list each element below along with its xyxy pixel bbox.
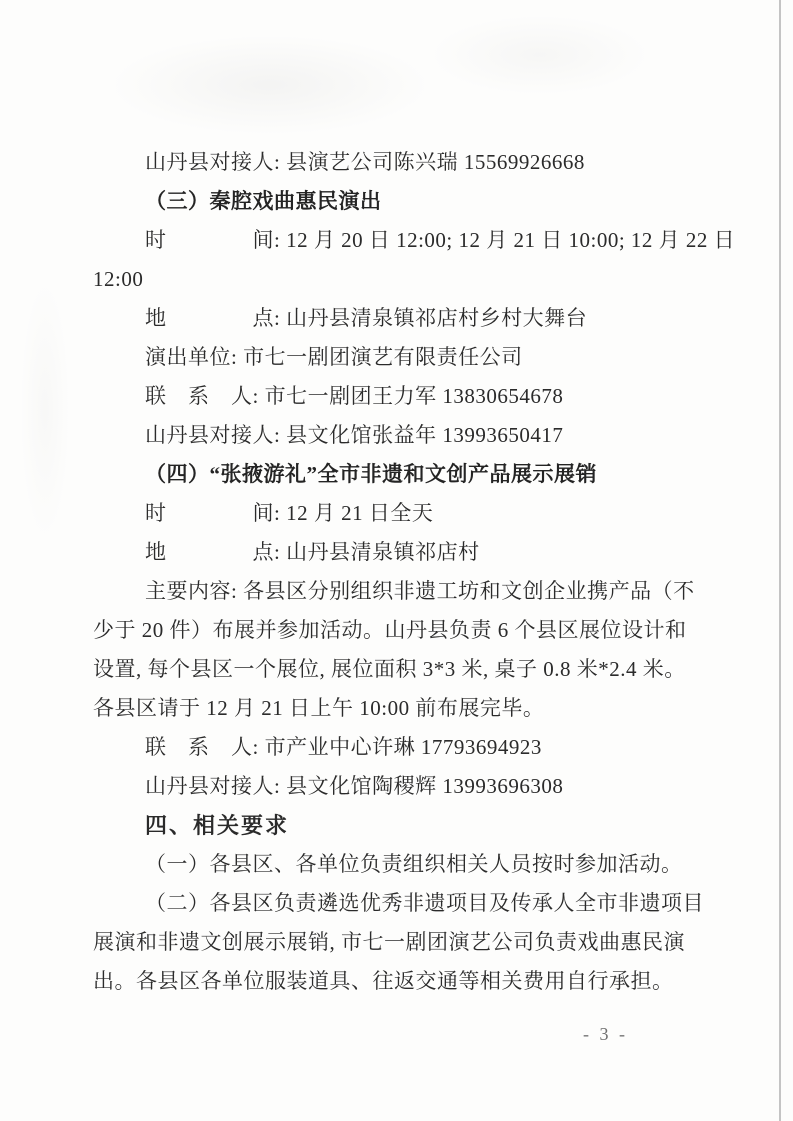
page-number: - 3 - — [583, 1022, 628, 1046]
contact-line-2: 联 系 人: 市产业中心许琳 17793694923 — [93, 728, 718, 767]
document-body: 山丹县对接人: 县演艺公司陈兴瑞 15569926668 （三）秦腔戏曲惠民演出… — [93, 143, 718, 1001]
shandan-contact-line-2: 山丹县对接人: 县文化馆张益年 13993650417 — [93, 416, 718, 455]
scan-smudge — [430, 15, 650, 95]
section-3-title: （三）秦腔戏曲惠民演出 — [93, 182, 718, 221]
shandan-contact-line-3: 山丹县对接人: 县文化馆陶稷辉 13993696308 — [93, 767, 718, 806]
time-line-1: 时 间: 12 月 20 日 12:00; 12 月 21 日 10:00; 1… — [93, 221, 718, 260]
main-content-line-4: 各县区请于 12 月 21 日上午 10:00 前布展完毕。 — [93, 689, 718, 728]
requirements-heading: 四、相关要求 — [93, 806, 718, 845]
document-page: 山丹县对接人: 县演艺公司陈兴瑞 15569926668 （三）秦腔戏曲惠民演出… — [0, 0, 793, 1121]
performer-unit-line: 演出单位: 市七一剧团演艺有限责任公司 — [93, 338, 718, 377]
scan-smudge — [110, 35, 430, 135]
location-line-2: 地 点: 山丹县清泉镇祁店村 — [93, 533, 718, 572]
shandan-contact-line-1: 山丹县对接人: 县演艺公司陈兴瑞 15569926668 — [93, 143, 718, 182]
requirement-line-2-wrap-1: 展演和非遗文创展示展销, 市七一剧团演艺公司负责戏曲惠民演 — [93, 923, 718, 962]
scan-smudge — [20, 280, 70, 540]
location-line-1: 地 点: 山丹县清泉镇祁店村乡村大舞台 — [93, 299, 718, 338]
time-line-2: 时 间: 12 月 21 日全天 — [93, 494, 718, 533]
main-content-line-1: 主要内容: 各县区分别组织非遗工坊和文创企业携产品（不 — [93, 572, 718, 611]
contact-line-1: 联 系 人: 市七一剧团王力军 13830654678 — [93, 377, 718, 416]
section-4-title: （四）“张掖游礼”全市非遗和文创产品展示展销 — [93, 455, 718, 494]
scan-edge-line — [779, 0, 781, 1121]
time-line-1-wrap: 12:00 — [93, 260, 718, 299]
main-content-line-3: 设置, 每个县区一个展位, 展位面积 3*3 米, 桌子 0.8 米*2.4 米… — [93, 650, 718, 689]
requirement-line-2: （二）各县区负责遴选优秀非遗项目及传承人全市非遗项目 — [93, 884, 718, 923]
requirement-line-1: （一）各县区、各单位负责组织相关人员按时参加活动。 — [93, 845, 718, 884]
main-content-line-2: 少于 20 件）布展并参加活动。山丹县负责 6 个县区展位设计和 — [93, 611, 718, 650]
requirement-line-2-wrap-2: 出。各县区各单位服装道具、往返交通等相关费用自行承担。 — [93, 962, 718, 1001]
